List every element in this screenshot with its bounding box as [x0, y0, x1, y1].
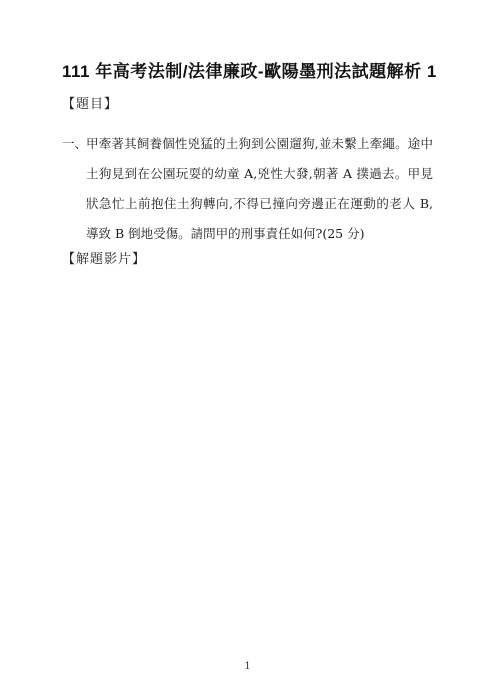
question-line-1: 甲牽著其飼養個性兇猛的土狗到公園遛狗,並未繫上牽繩。途中 — [86, 129, 433, 159]
document-title: 111 年高考法制/法律廉政-歐陽墨刑法試題解析 1 — [62, 60, 433, 84]
list-item-marker: 一、 — [62, 129, 87, 159]
document-page: 111 年高考法制/法律廉政-歐陽墨刑法試題解析 1 【題目】 一、 甲牽著其飼… — [0, 0, 495, 700]
question-line-2: 土狗見到在公園玩耍的幼童 A,兇性大發,朝著 A 撲過去。甲見 — [86, 159, 433, 189]
question-paragraph: 一、 甲牽著其飼養個性兇猛的土狗到公園遛狗,並未繫上牽繩。途中 土狗見到在公園玩… — [62, 129, 433, 249]
question-line-3: 狀急忙上前抱住土狗轉向,不得已撞向旁邊正在運動的老人 B, — [86, 189, 433, 219]
video-section-label: 【解題影片】 — [62, 251, 433, 268]
question-line-4: 導致 B 倒地受傷。請問甲的刑事責任如何?(25 分) — [86, 219, 433, 249]
page-number: 1 — [0, 661, 495, 673]
question-section-label: 【題目】 — [62, 96, 433, 113]
